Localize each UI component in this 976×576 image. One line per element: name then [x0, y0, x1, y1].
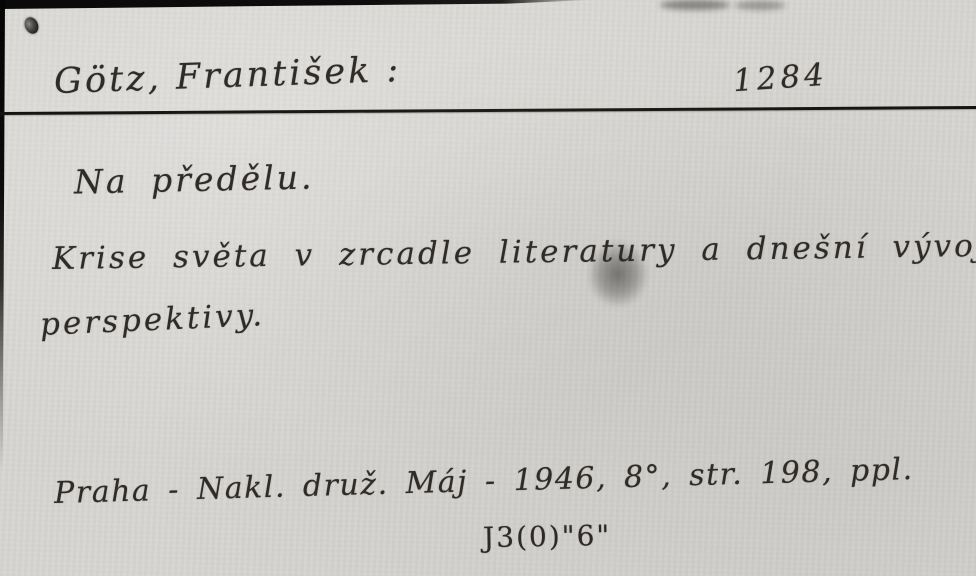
title-line: Na předělu. [74, 157, 315, 201]
subtitle-line-2: perspektivy. [39, 297, 265, 343]
hole-punch-mark [22, 15, 41, 36]
imprint-line: Praha - Nakl. druž. Máj - 1946, 8°, str.… [54, 452, 914, 511]
author-heading: Götz, František : [53, 50, 401, 102]
classification-code: J3(0)"6" [483, 519, 612, 554]
scan-edge-smudge [660, 0, 730, 10]
scan-edge-smudge [735, 1, 785, 10]
catalog-card: Götz, František : 1284 Na předělu. Krise… [0, 0, 976, 576]
scan-edge-top [0, 0, 590, 9]
catalog-number: 1284 [732, 57, 829, 100]
header-rule [0, 106, 976, 115]
scan-edge-left [0, 0, 5, 470]
subtitle-line-1: Krise světa v zrcadle literatury a dnešn… [52, 227, 976, 277]
